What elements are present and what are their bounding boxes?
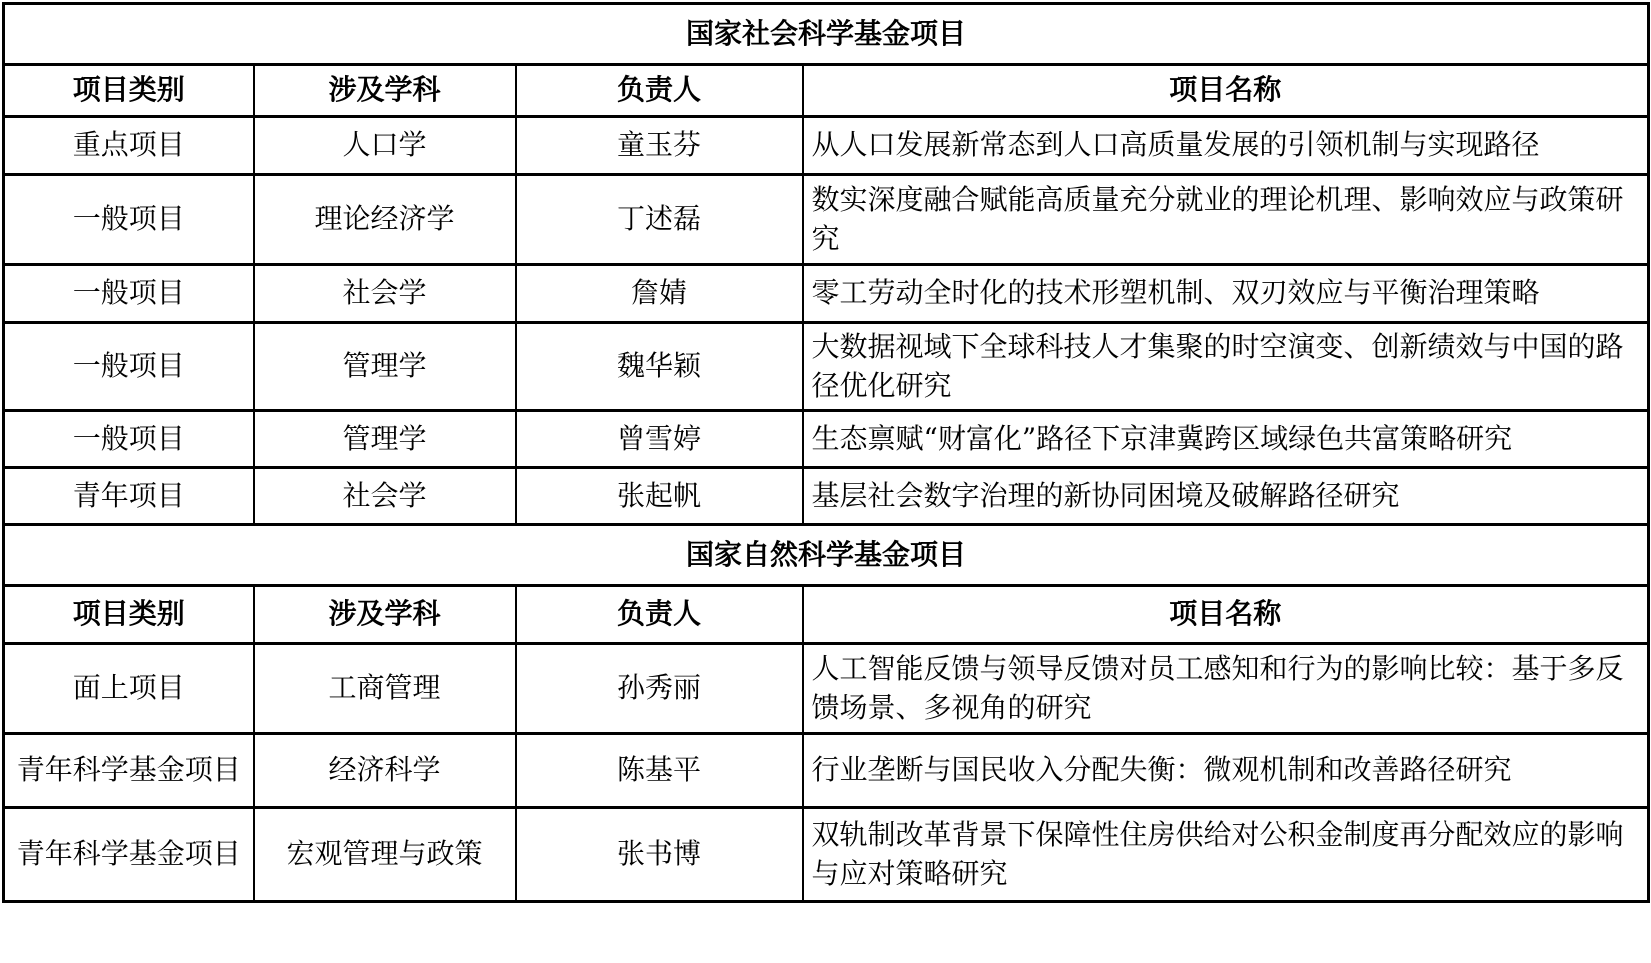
column-header-discipline: 涉及学科 bbox=[254, 586, 516, 644]
column-header-project-name: 项目名称 bbox=[803, 65, 1649, 117]
table-row: 青年项目 社会学 张起帆 基层社会数字治理的新协同困境及破解路径研究 bbox=[4, 468, 1649, 525]
cell-category: 青年项目 bbox=[4, 468, 254, 525]
header-row: 项目类别 涉及学科 负责人 项目名称 bbox=[4, 65, 1649, 117]
cell-discipline: 人口学 bbox=[254, 117, 516, 175]
cell-project-name: 人工智能反馈与领导反馈对员工感知和行为的影响比较：基于多反馈场景、多视角的研究 bbox=[803, 644, 1649, 734]
cell-leader: 丁述磊 bbox=[516, 175, 803, 265]
cell-discipline: 社会学 bbox=[254, 265, 516, 323]
table-row: 青年科学基金项目 经济科学 陈基平 行业垄断与国民收入分配失衡：微观机制和改善路… bbox=[4, 734, 1649, 808]
cell-project-name: 生态禀赋“财富化”路径下京津冀跨区域绿色共富策略研究 bbox=[803, 411, 1649, 468]
table-row: 青年科学基金项目 宏观管理与政策 张书博 双轨制改革背景下保障性住房供给对公积金… bbox=[4, 808, 1649, 902]
column-header-project-name: 项目名称 bbox=[803, 586, 1649, 644]
cell-category: 一般项目 bbox=[4, 323, 254, 411]
cell-project-name: 双轨制改革背景下保障性住房供给对公积金制度再分配效应的影响与应对策略研究 bbox=[803, 808, 1649, 902]
cell-project-name: 基层社会数字治理的新协同困境及破解路径研究 bbox=[803, 468, 1649, 525]
cell-discipline: 宏观管理与政策 bbox=[254, 808, 516, 902]
column-header-leader: 负责人 bbox=[516, 65, 803, 117]
cell-category: 一般项目 bbox=[4, 175, 254, 265]
cell-discipline: 管理学 bbox=[254, 323, 516, 411]
cell-project-name: 行业垄断与国民收入分配失衡：微观机制和改善路径研究 bbox=[803, 734, 1649, 808]
section-title-row: 国家自然科学基金项目 bbox=[4, 525, 1649, 586]
cell-category: 面上项目 bbox=[4, 644, 254, 734]
cell-leader: 孙秀丽 bbox=[516, 644, 803, 734]
cell-leader: 詹婧 bbox=[516, 265, 803, 323]
table-row: 一般项目 管理学 曾雪婷 生态禀赋“财富化”路径下京津冀跨区域绿色共富策略研究 bbox=[4, 411, 1649, 468]
cell-leader: 张书博 bbox=[516, 808, 803, 902]
table-row: 一般项目 社会学 詹婧 零工劳动全时化的技术形塑机制、双刃效应与平衡治理策略 bbox=[4, 265, 1649, 323]
cell-leader: 童玉芬 bbox=[516, 117, 803, 175]
cell-category: 重点项目 bbox=[4, 117, 254, 175]
table-row: 重点项目 人口学 童玉芬 从人口发展新常态到人口高质量发展的引领机制与实现路径 bbox=[4, 117, 1649, 175]
table-row: 一般项目 管理学 魏华颖 大数据视域下全球科技人才集聚的时空演变、创新绩效与中国… bbox=[4, 323, 1649, 411]
cell-project-name: 大数据视域下全球科技人才集聚的时空演变、创新绩效与中国的路径优化研究 bbox=[803, 323, 1649, 411]
cell-discipline: 经济科学 bbox=[254, 734, 516, 808]
column-header-discipline: 涉及学科 bbox=[254, 65, 516, 117]
section-title-row: 国家社会科学基金项目 bbox=[4, 4, 1649, 65]
header-row: 项目类别 涉及学科 负责人 项目名称 bbox=[4, 586, 1649, 644]
table-row: 面上项目 工商管理 孙秀丽 人工智能反馈与领导反馈对员工感知和行为的影响比较：基… bbox=[4, 644, 1649, 734]
section-title: 国家自然科学基金项目 bbox=[4, 525, 1649, 586]
cell-project-name: 零工劳动全时化的技术形塑机制、双刃效应与平衡治理策略 bbox=[803, 265, 1649, 323]
cell-project-name: 数实深度融合赋能高质量充分就业的理论机理、影响效应与政策研究 bbox=[803, 175, 1649, 265]
cell-discipline: 社会学 bbox=[254, 468, 516, 525]
cell-discipline: 工商管理 bbox=[254, 644, 516, 734]
fund-projects-table: 国家社会科学基金项目 项目类别 涉及学科 负责人 项目名称 重点项目 人口学 童… bbox=[2, 2, 1650, 903]
cell-leader: 曾雪婷 bbox=[516, 411, 803, 468]
cell-category: 一般项目 bbox=[4, 265, 254, 323]
cell-category: 一般项目 bbox=[4, 411, 254, 468]
column-header-category: 项目类别 bbox=[4, 65, 254, 117]
cell-leader: 魏华颖 bbox=[516, 323, 803, 411]
cell-project-name: 从人口发展新常态到人口高质量发展的引领机制与实现路径 bbox=[803, 117, 1649, 175]
cell-discipline: 理论经济学 bbox=[254, 175, 516, 265]
cell-leader: 张起帆 bbox=[516, 468, 803, 525]
column-header-leader: 负责人 bbox=[516, 586, 803, 644]
cell-category: 青年科学基金项目 bbox=[4, 734, 254, 808]
section-title: 国家社会科学基金项目 bbox=[4, 4, 1649, 65]
cell-discipline: 管理学 bbox=[254, 411, 516, 468]
column-header-category: 项目类别 bbox=[4, 586, 254, 644]
cell-category: 青年科学基金项目 bbox=[4, 808, 254, 902]
table-row: 一般项目 理论经济学 丁述磊 数实深度融合赋能高质量充分就业的理论机理、影响效应… bbox=[4, 175, 1649, 265]
cell-leader: 陈基平 bbox=[516, 734, 803, 808]
